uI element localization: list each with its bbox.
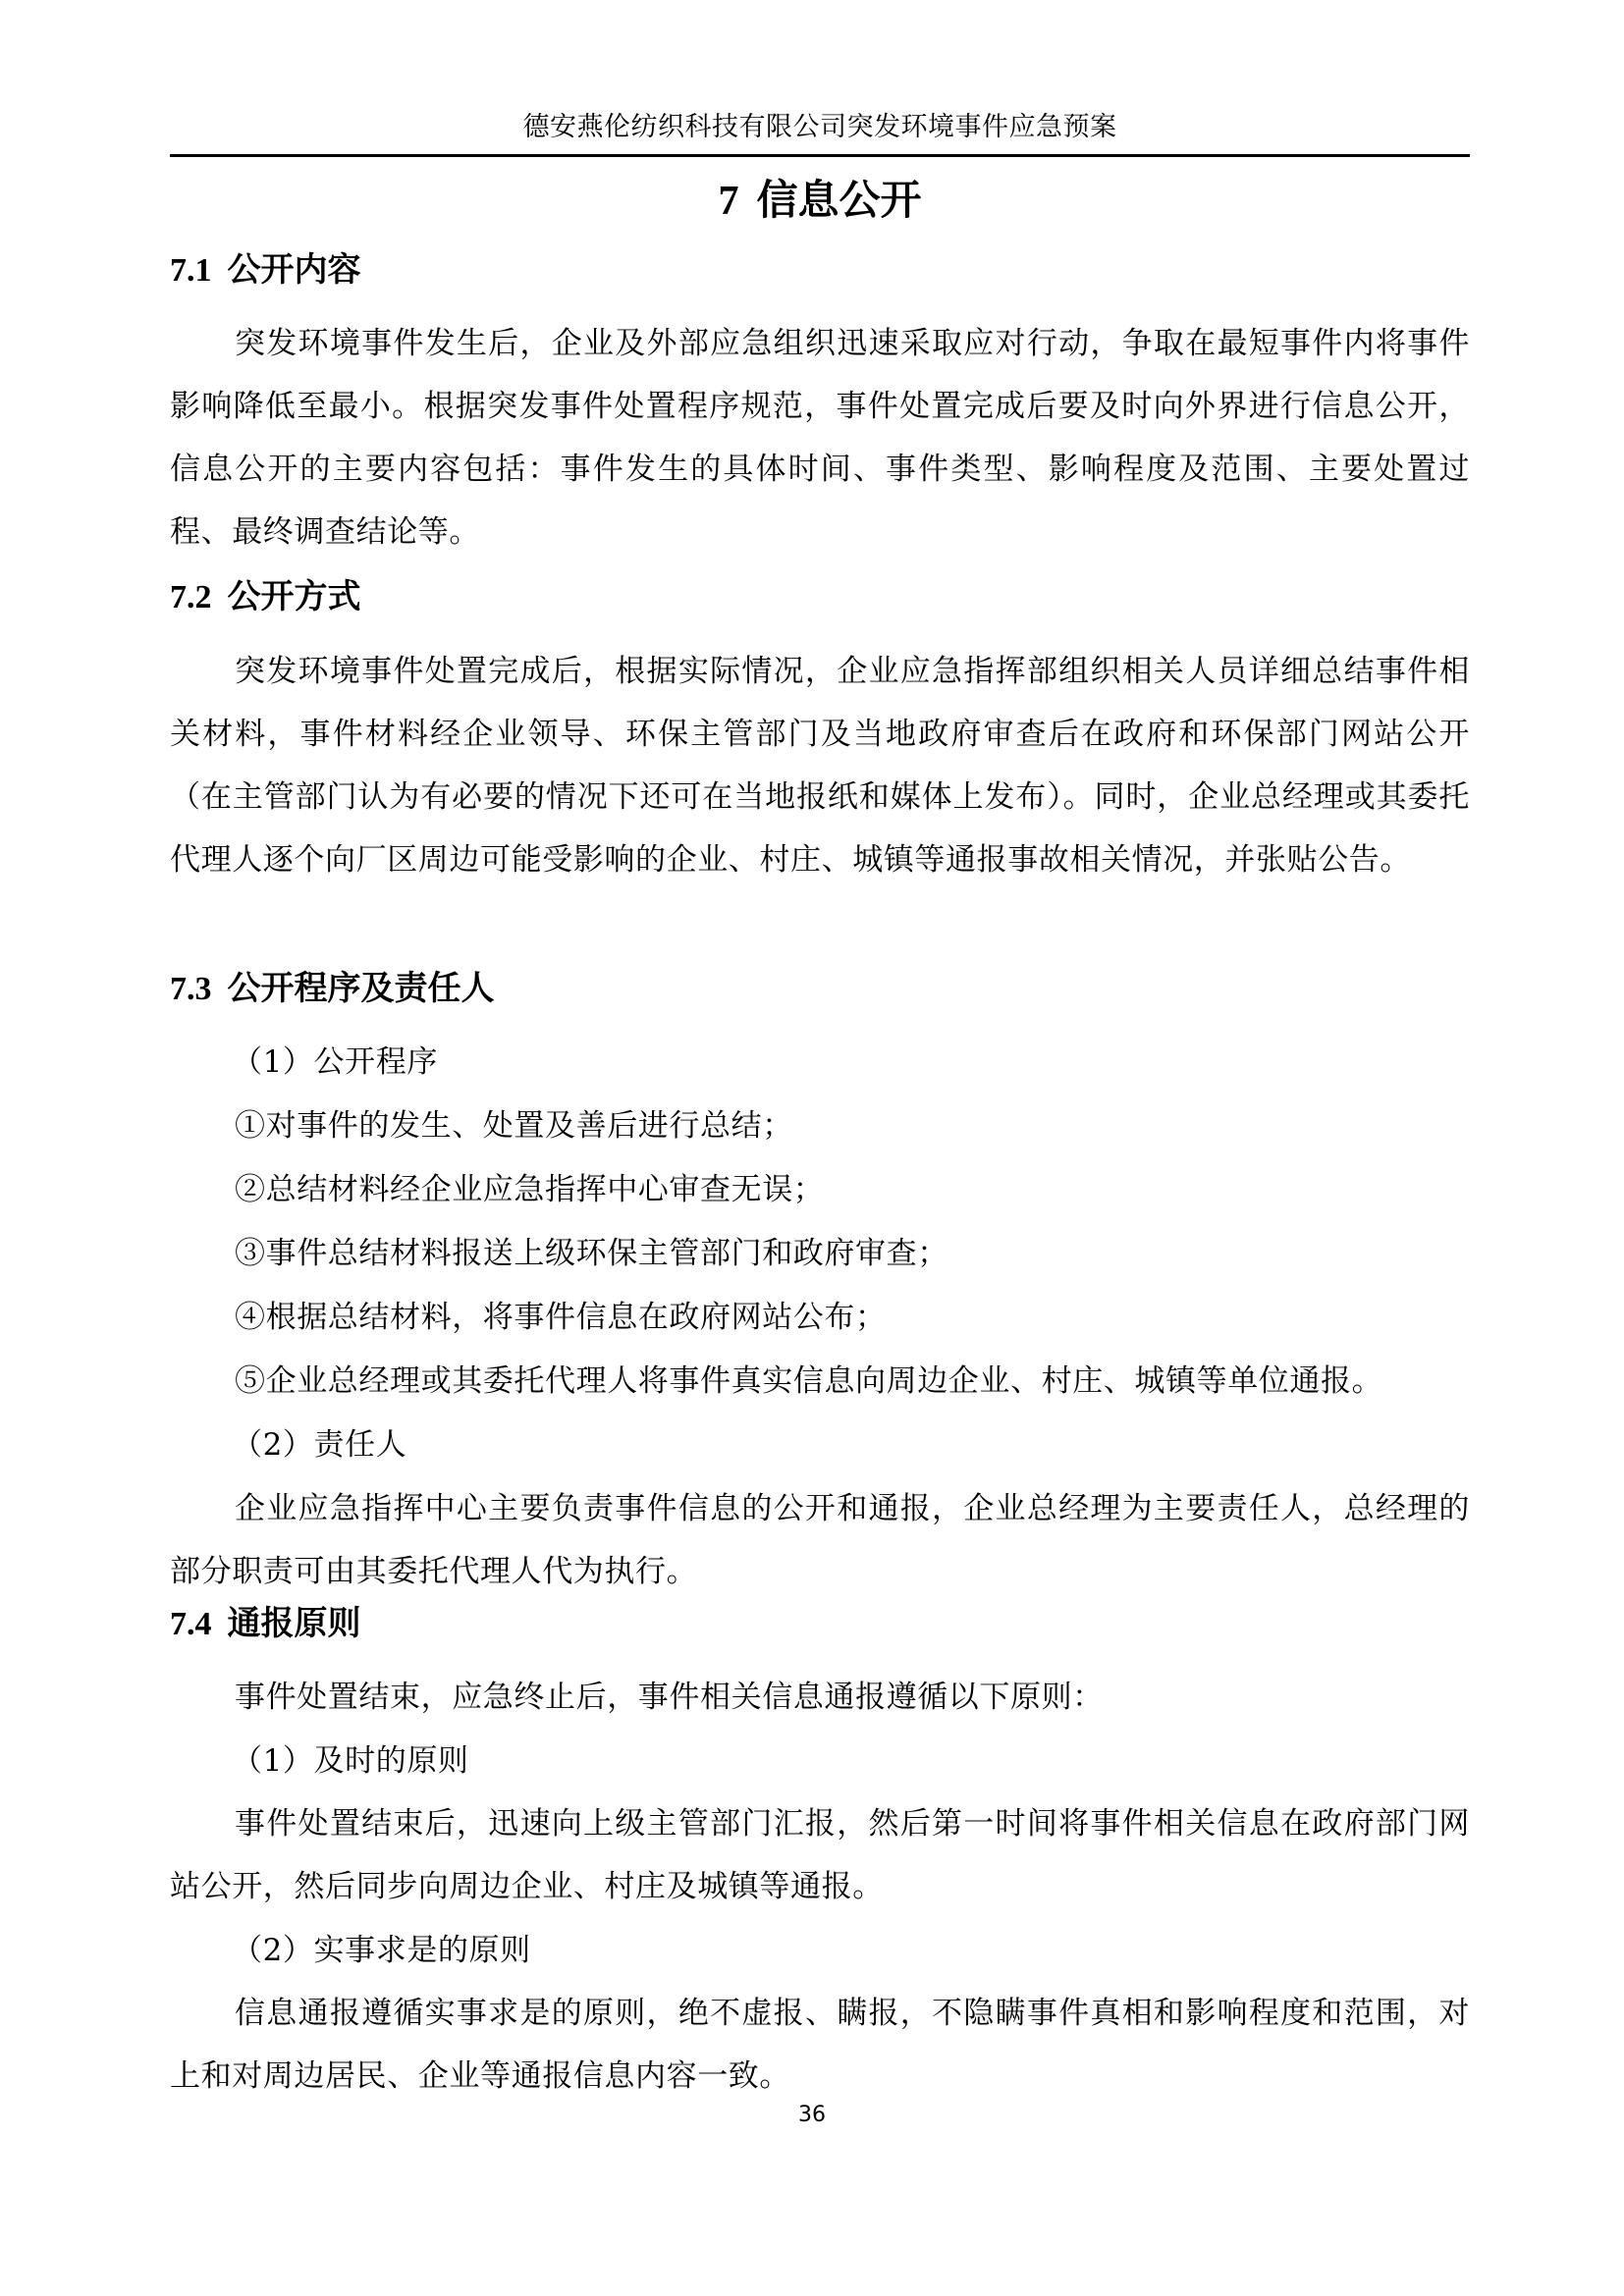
section-number: 7.2: [170, 579, 212, 615]
running-header: 德安燕伦纺织科技有限公司突发环境事件应急预案: [170, 110, 1470, 145]
section-number: 7.3: [170, 971, 212, 1007]
chapter-number: 7: [718, 179, 738, 224]
paragraph-7-1: 突发环境事件发生后，企业及外部应急组织迅速采取应对行动，争取在最短事件内将事件影…: [170, 312, 1470, 563]
chapter-title-text: 信息公开: [756, 176, 921, 224]
procedure-step-4: ④根据总结材料，将事件信息在政府网站公布；: [235, 1286, 887, 1349]
subheading-publication-procedure: （1）公开程序: [232, 1031, 438, 1094]
section-heading-7-3: 7.3公开程序及责任人: [170, 966, 495, 1012]
section-heading-7-4: 7.4通报原则: [170, 1601, 361, 1647]
section-heading-7-2: 7.2公开方式: [170, 574, 361, 620]
section-number: 7.1: [170, 252, 212, 289]
section-title: 通报原则: [228, 1604, 361, 1643]
paragraph-responsible-person: 企业应急指挥中心主要负责事件信息的公开和通报，企业总经理为主要责任人，总经理的部…: [170, 1477, 1470, 1603]
section-title: 公开方式: [228, 577, 361, 616]
paragraph-truthfulness: 信息通报遵循实事求是的原则，绝不虚报、瞒报，不隐瞒事件真相和影响程度和范围，对上…: [170, 1982, 1470, 2108]
subheading-truthfulness: （2）实事求是的原则: [232, 1919, 531, 1982]
procedure-step-2: ②总结材料经企业应急指挥中心审查无误；: [235, 1158, 824, 1221]
subheading-responsible-person: （2）责任人: [232, 1414, 406, 1476]
subheading-timeliness: （1）及时的原则: [232, 1730, 469, 1792]
section-number: 7.4: [170, 1606, 212, 1642]
section-title: 公开内容: [228, 250, 361, 290]
principles-intro: 事件处置结束，应急终止后，事件相关信息通报遵循以下原则：: [235, 1666, 1104, 1729]
header-divider: [170, 154, 1470, 157]
procedure-step-5: ⑤企业总经理或其委托代理人将事件真实信息向周边企业、村庄、城镇等单位通报。: [235, 1350, 1382, 1413]
procedure-step-1: ①对事件的发生、处置及善后进行总结；: [235, 1095, 793, 1157]
chapter-title: 7信息公开: [170, 173, 1470, 229]
procedure-step-3: ③事件总结材料报送上级环保主管部门和政府审查；: [235, 1222, 948, 1285]
section-heading-7-1: 7.1公开内容: [170, 247, 361, 294]
paragraph-7-2: 突发环境事件处置完成后，根据实际情况，企业应急指挥部组织相关人员详细总结事件相关…: [170, 640, 1470, 891]
document-page: 德安燕伦纺织科技有限公司突发环境事件应急预案 7信息公开 7.1公开内容 突发环…: [0, 0, 1624, 2296]
section-title: 公开程序及责任人: [228, 969, 495, 1008]
page-number: 36: [0, 2101, 1624, 2130]
paragraph-timeliness: 事件处置结束后，迅速向上级主管部门汇报，然后第一时间将事件相关信息在政府部门网站…: [170, 1792, 1470, 1918]
